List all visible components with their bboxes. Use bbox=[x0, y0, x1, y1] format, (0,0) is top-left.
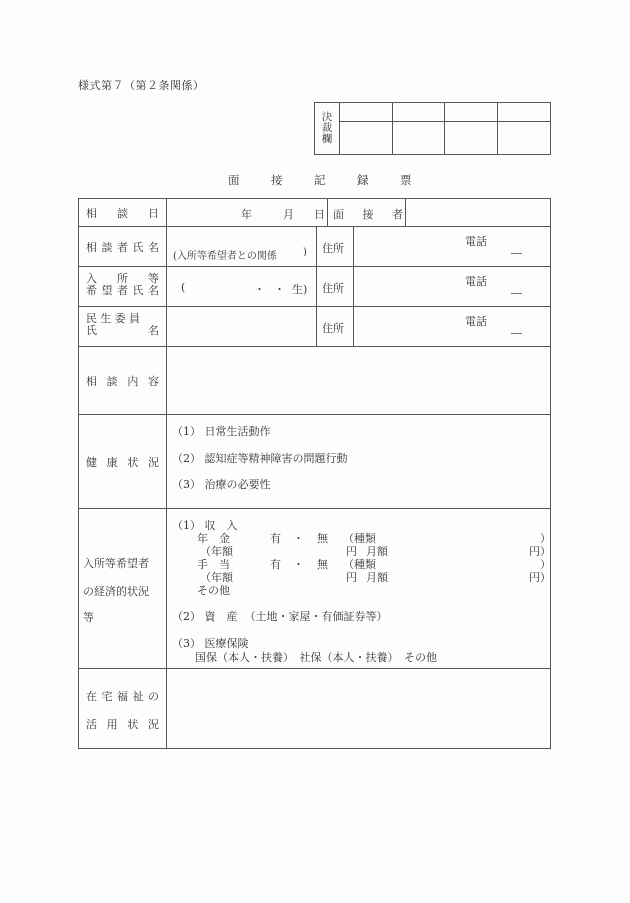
phone-label: 電話 bbox=[465, 313, 487, 329]
form-id: 様式第７（第２条関係） bbox=[78, 77, 205, 93]
address-label: 住所 bbox=[322, 240, 344, 256]
pension-yes-option[interactable]: 有 bbox=[270, 530, 281, 546]
page-title: 面接記録票 bbox=[228, 172, 443, 188]
interviewer-field[interactable] bbox=[406, 199, 550, 226]
approval-box: 決 裁 欄 bbox=[314, 102, 551, 155]
label-welfare-commissioner: 民 生 委 員 氏 名 bbox=[79, 307, 167, 346]
row-consult-content: 相 談 内 容 bbox=[79, 347, 550, 415]
consult-content-field[interactable] bbox=[167, 347, 550, 414]
pension-no-option[interactable]: 無 bbox=[317, 530, 328, 546]
label-consult-date: 相 談 日 bbox=[79, 199, 167, 226]
address-label: 住所 bbox=[322, 320, 344, 336]
phone-dash bbox=[511, 253, 522, 254]
applicant-name-field[interactable]: ( ・ ・ 生) 住所 電話 bbox=[167, 267, 550, 306]
phone-dash bbox=[511, 333, 522, 334]
commissioner-address-field[interactable]: 電話 bbox=[354, 307, 550, 346]
approval-stamp-title-4[interactable] bbox=[498, 103, 551, 122]
approval-stamp-title-3[interactable] bbox=[445, 103, 498, 122]
insurance-options: 国保（本人・扶養） 社保（本人・扶養） その他 bbox=[195, 649, 437, 665]
label-home-welfare: 在 宅 福 祉 の 活 用 状 況 bbox=[79, 669, 167, 748]
row-economic: 入所等希望者 の経済的状況 等 （1） 収 入 年 金 有 ・ 無 （種類 ） … bbox=[79, 509, 550, 669]
label-applicant-name: 入 所 等 希 望 者 氏 名 bbox=[79, 267, 167, 306]
assets-heading: （2） 資 産 （土地・家屋・有価証券等） bbox=[172, 608, 388, 624]
address-label: 住所 bbox=[322, 280, 344, 296]
consult-date-field[interactable]: 年 月 日 面 接 者 bbox=[167, 199, 550, 226]
row-welfare-commissioner: 民 生 委 員 氏 名 住所 電話 bbox=[79, 307, 550, 347]
phone-label: 電話 bbox=[465, 273, 487, 289]
allowance-no-option[interactable]: 無 bbox=[317, 556, 328, 572]
health-item: （3） 治療の必要性 bbox=[172, 476, 271, 492]
label-economic: 入所等希望者 の経済的状況 等 bbox=[79, 509, 167, 668]
approval-stamp-title-2[interactable] bbox=[393, 103, 446, 122]
approval-stamp-4[interactable] bbox=[498, 122, 551, 154]
health-item: （1） 日常生活動作 bbox=[172, 423, 271, 439]
approval-stamp-1[interactable] bbox=[340, 122, 393, 154]
phone-label: 電話 bbox=[465, 233, 487, 249]
home-welfare-field[interactable] bbox=[167, 669, 550, 748]
interview-record-table: 相 談 日 年 月 日 面 接 者 相 談 者 氏 bbox=[78, 198, 551, 749]
label-consultant-name: 相 談 者 氏 名 bbox=[79, 227, 167, 266]
label-consult-content: 相 談 内 容 bbox=[79, 347, 167, 414]
row-consult-date: 相 談 日 年 月 日 面 接 者 bbox=[79, 199, 550, 227]
health-item: （2） 認知症等精神障害の問題行動 bbox=[172, 450, 348, 466]
approval-label: 決 裁 欄 bbox=[315, 103, 340, 154]
approval-stamp-3[interactable] bbox=[445, 122, 498, 154]
consultant-name-field[interactable]: (入所等希望者との関係 ) 住所 電話 bbox=[167, 227, 550, 266]
interviewer-label: 面 接 者 bbox=[333, 206, 403, 222]
label-health: 健 康 状 況 bbox=[79, 415, 167, 508]
row-applicant: 入 所 等 希 望 者 氏 名 ( ・ ・ 生) 住所 電話 bbox=[79, 267, 550, 307]
allowance-yes-option[interactable]: 有 bbox=[270, 556, 281, 572]
approval-stamp-title-1[interactable] bbox=[340, 103, 393, 122]
approval-stamp-2[interactable] bbox=[393, 122, 446, 154]
consultant-address-field[interactable]: 電話 bbox=[354, 227, 550, 266]
health-field[interactable]: （1） 日常生活動作 （2） 認知症等精神障害の問題行動 （3） 治療の必要性 bbox=[167, 415, 550, 508]
row-health: 健 康 状 況 （1） 日常生活動作 （2） 認知症等精神障害の問題行動 （3）… bbox=[79, 415, 550, 509]
welfare-commissioner-field[interactable]: 住所 電話 bbox=[167, 307, 550, 346]
applicant-address-field[interactable]: 電話 bbox=[354, 267, 550, 306]
economic-field[interactable]: （1） 収 入 年 金 有 ・ 無 （種類 ） （年額 円 月額 円） 手 当 … bbox=[167, 509, 550, 668]
row-consultant: 相 談 者 氏 名 (入所等希望者との関係 ) 住所 電話 bbox=[79, 227, 550, 267]
phone-dash bbox=[511, 293, 522, 294]
row-home-welfare: 在 宅 福 祉 の 活 用 状 況 bbox=[79, 669, 550, 748]
